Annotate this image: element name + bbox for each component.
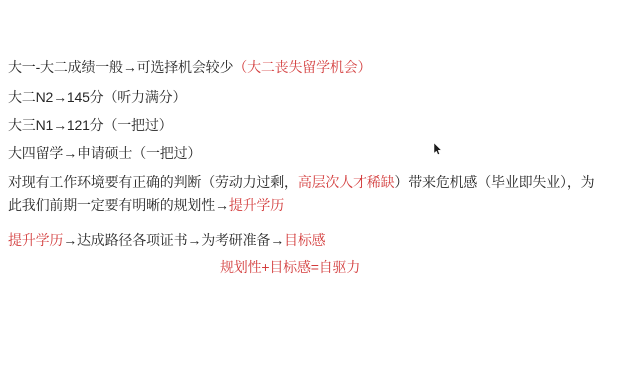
note-line-n2-text: 大二N2→145分（听力满分） bbox=[8, 89, 186, 105]
note-line-path: 提升学历→达成路径各项证书→为考研准备→目标感 bbox=[8, 232, 325, 249]
note-paragraph-line-2: 此我们前期一定要有明晰的规划性→提升学历 bbox=[8, 197, 284, 214]
para2-black: 此我们前期一定要有明晰的规划性→ bbox=[8, 197, 229, 213]
note-line-study-abroad: 大四留学→申请硕士（一把过） bbox=[8, 145, 201, 162]
para1-black-b: ）带来危机感（毕业即失业），为 bbox=[394, 174, 594, 190]
note-line-study-abroad-text: 大四留学→申请硕士（一把过） bbox=[8, 145, 201, 161]
path-red-start: 提升学历 bbox=[8, 232, 63, 248]
note-line-n1: 大三N1→121分（一把过） bbox=[8, 117, 172, 134]
note-line-grades-red: （大二丧失留学机会） bbox=[233, 59, 371, 75]
notes-page: 大一-大二成绩一般→可选择机会较少（大二丧失留学机会） 大二N2→145分（听力… bbox=[0, 0, 633, 375]
mouse-pointer-icon bbox=[433, 143, 442, 155]
path-black-middle: →达成路径各项证书→为考研准备→ bbox=[63, 232, 284, 248]
path-red-end: 目标感 bbox=[284, 232, 325, 248]
note-paragraph-line-1: 对现有工作环境要有正确的判断（劳动力过剩，高层次人才稀缺）带来危机感（毕业即失业… bbox=[8, 174, 594, 191]
para1-black-a: 对现有工作环境要有正确的判断（劳动力过剩， bbox=[8, 174, 298, 190]
note-line-n2: 大二N2→145分（听力满分） bbox=[8, 89, 186, 106]
note-line-formula: 规划性+目标感=自驱力 bbox=[220, 259, 360, 276]
note-line-n1-text: 大三N1→121分（一把过） bbox=[8, 117, 172, 133]
formula-red: 规划性+目标感=自驱力 bbox=[220, 259, 360, 275]
note-line-grades: 大一-大二成绩一般→可选择机会较少（大二丧失留学机会） bbox=[8, 59, 371, 76]
para2-red: 提升学历 bbox=[229, 197, 284, 213]
para1-red: 高层次人才稀缺 bbox=[298, 174, 395, 190]
note-line-grades-black: 大一-大二成绩一般→可选择机会较少 bbox=[8, 59, 233, 75]
